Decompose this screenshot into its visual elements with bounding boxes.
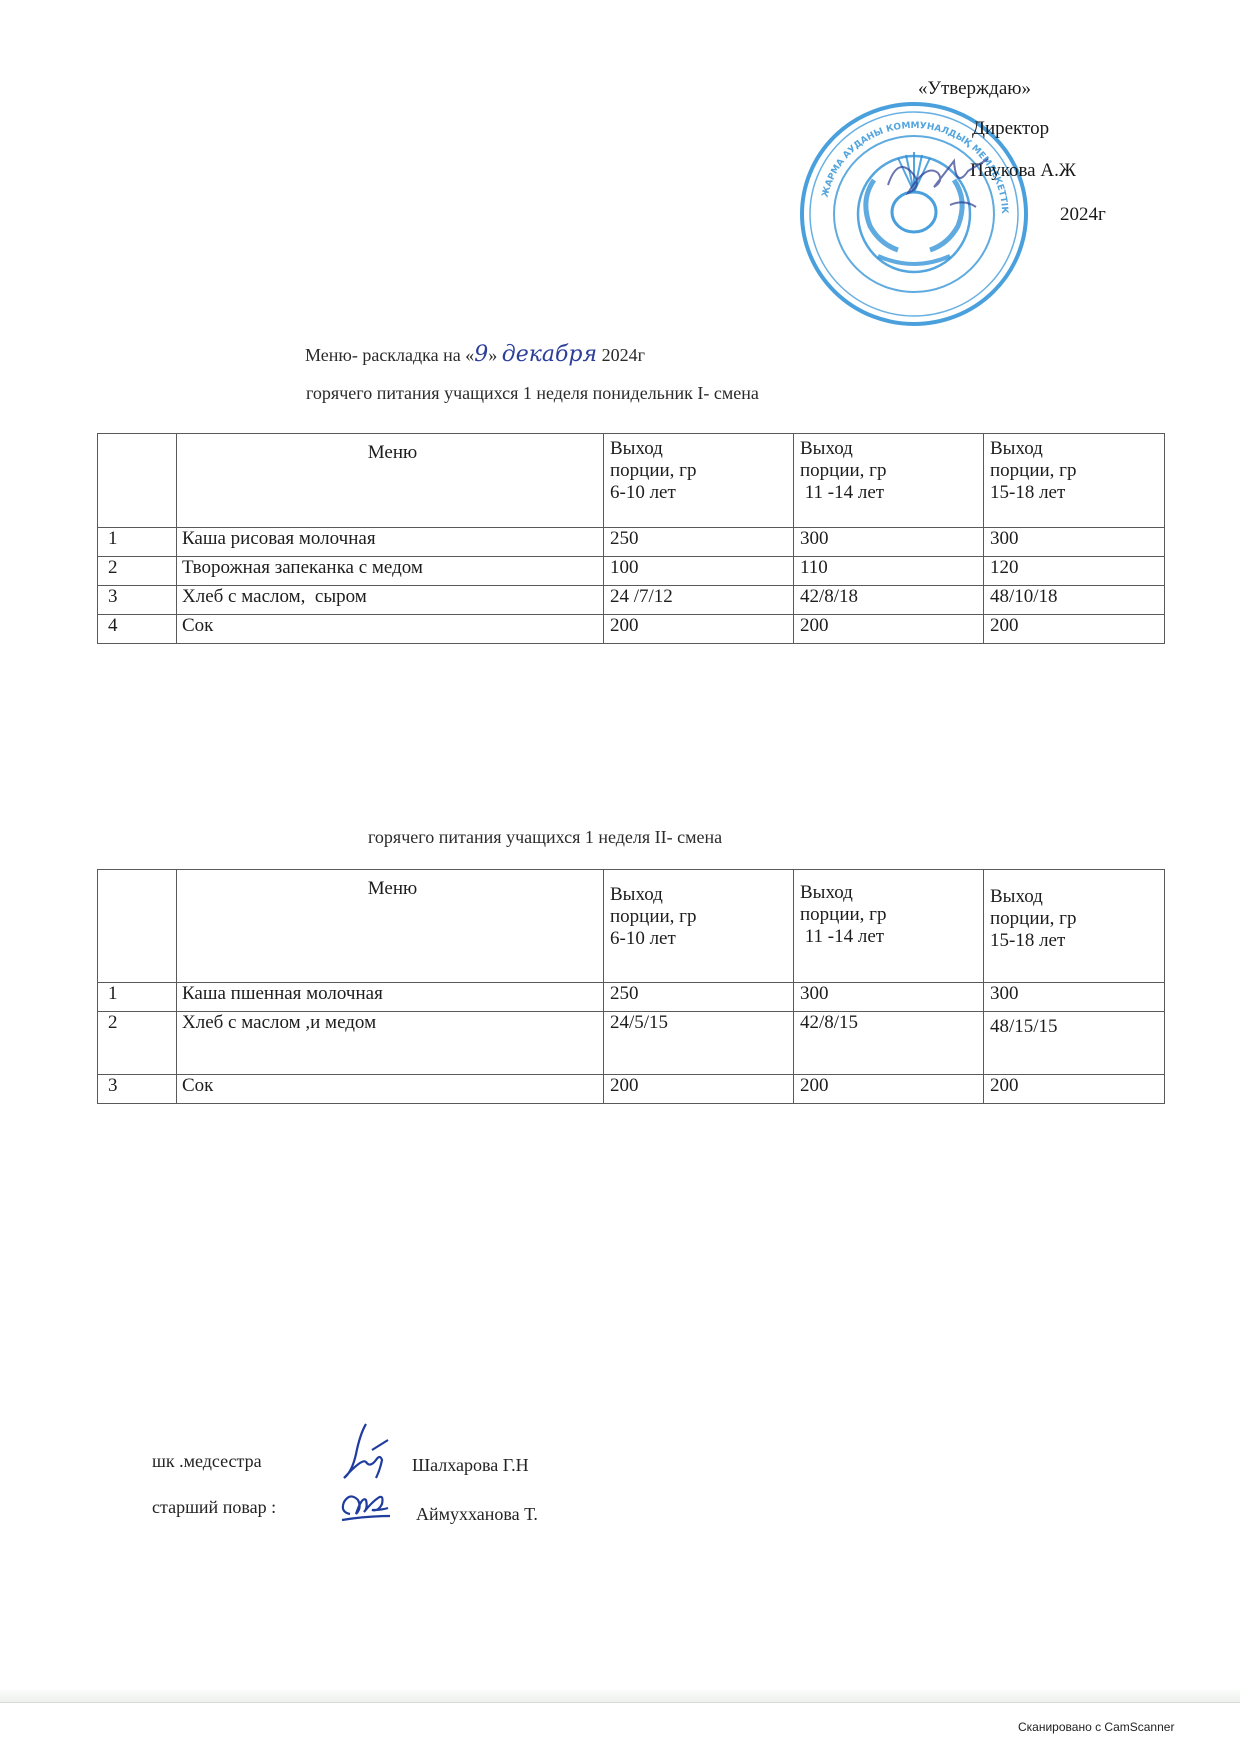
shift1-subtitle: горячего питания учащихся 1 неделя понид… [306, 383, 759, 404]
portion-6-10: 24/5/15 [604, 1012, 794, 1075]
table-row: 2 Творожная запеканка с медом 100 110 12… [98, 557, 1165, 586]
table-row: 3 Сок 200 200 200 [98, 1075, 1165, 1104]
dish-name: Хлеб с маслом, сыром [177, 586, 604, 615]
header-age-15-18: Выходпорции, гр15-18 лет [984, 434, 1165, 528]
header-menu: Меню [177, 870, 604, 983]
table-header-row: Меню Выходпорции, гр6-10 лет Выходпорции… [98, 870, 1165, 983]
shift2-subtitle: горячего питания учащихся 1 неделя II- с… [368, 827, 722, 848]
header-age-11-14: Выходпорции, гр 11 -14 лет [794, 870, 984, 983]
header-age-6-10: Выходпорции, гр6-10 лет [604, 870, 794, 983]
portion-11-14: 42/8/15 [794, 1012, 984, 1075]
portion-11-14: 42/8/18 [794, 586, 984, 615]
row-num: 1 [98, 983, 177, 1012]
scan-page-edge [0, 1690, 1240, 1703]
portion-11-14: 200 [794, 615, 984, 644]
nurse-signature-icon [336, 1420, 396, 1482]
director-name: Паукова А.Ж [970, 160, 1076, 182]
title-prefix: Меню- раскладка на « [305, 345, 474, 365]
portion-15-18: 48/10/18 [984, 586, 1165, 615]
table-row: 1 Каша рисовая молочная 250 300 300 [98, 528, 1165, 557]
dish-name: Каша рисовая молочная [177, 528, 604, 557]
cook-name: Аймухханова Т. [416, 1504, 538, 1525]
header-age-15-18: Выходпорции, гр15-18 лет [984, 870, 1165, 983]
portion-11-14: 110 [794, 557, 984, 586]
director-position: Директор [972, 118, 1049, 140]
header-num [98, 870, 177, 983]
cook-label: старший повар : [152, 1497, 276, 1518]
row-num: 4 [98, 615, 177, 644]
dish-name: Хлеб с маслом ,и медом [177, 1012, 604, 1075]
portion-15-18: 120 [984, 557, 1165, 586]
header-menu: Меню [177, 434, 604, 528]
portion-15-18: 200 [984, 1075, 1165, 1104]
dish-name: Творожная запеканка с медом [177, 557, 604, 586]
title-mid: » [488, 345, 497, 365]
row-num: 2 [98, 557, 177, 586]
portion-15-18: 200 [984, 615, 1165, 644]
dish-name: Сок [177, 1075, 604, 1104]
portion-11-14: 300 [794, 983, 984, 1012]
menu-table-shift1: Меню Выходпорции, гр6-10 лет Выходпорции… [97, 433, 1165, 644]
title-month: декабря [502, 342, 597, 367]
table-row: 3 Хлеб с маслом, сыром 24 /7/12 42/8/18 … [98, 586, 1165, 615]
dish-name: Каша пшенная молочная [177, 983, 604, 1012]
approval-label: «Утверждаю» [918, 78, 1031, 100]
table-row: 4 Сок 200 200 200 [98, 615, 1165, 644]
approval-year: 2024г [1060, 204, 1106, 226]
portion-6-10: 24 /7/12 [604, 586, 794, 615]
row-num: 1 [98, 528, 177, 557]
menu-title: Меню- раскладка на «9» декабря 2024г [305, 342, 645, 367]
portion-11-14: 300 [794, 528, 984, 557]
cook-signature-icon [338, 1490, 394, 1524]
nurse-label: шк .медсестра [152, 1451, 262, 1472]
table-row: 1 Каша пшенная молочная 250 300 300 [98, 983, 1165, 1012]
row-num: 3 [98, 586, 177, 615]
portion-6-10: 250 [604, 983, 794, 1012]
menu-table-shift2: Меню Выходпорции, гр6-10 лет Выходпорции… [97, 869, 1165, 1104]
table-row: 2 Хлеб с маслом ,и медом 24/5/15 42/8/15… [98, 1012, 1165, 1075]
portion-15-18: 300 [984, 983, 1165, 1012]
dish-name: Сок [177, 615, 604, 644]
portion-6-10: 250 [604, 528, 794, 557]
portion-15-18: 48/15/15 [984, 1012, 1165, 1075]
header-age-6-10: Выходпорции, гр6-10 лет [604, 434, 794, 528]
table-header-row: Меню Выходпорции, гр6-10 лет Выходпорции… [98, 434, 1165, 528]
portion-6-10: 200 [604, 615, 794, 644]
portion-15-18: 300 [984, 528, 1165, 557]
header-age-11-14: Выходпорции, гр 11 -14 лет [794, 434, 984, 528]
director-signature-icon [880, 145, 1000, 220]
portion-6-10: 200 [604, 1075, 794, 1104]
row-num: 3 [98, 1075, 177, 1104]
title-day: 9 [474, 342, 488, 367]
header-num [98, 434, 177, 528]
row-num: 2 [98, 1012, 177, 1075]
nurse-name: Шалхарова Г.Н [412, 1455, 529, 1476]
camscanner-watermark: Сканировано с CamScanner [1018, 1720, 1174, 1734]
title-year: 2024г [602, 345, 645, 365]
document-page: ЖАРМА АУДАНЫ КОММУНАЛДЫҚ МЕМЛЕКЕТТІК МЕК… [0, 0, 1240, 1702]
portion-6-10: 100 [604, 557, 794, 586]
portion-11-14: 200 [794, 1075, 984, 1104]
